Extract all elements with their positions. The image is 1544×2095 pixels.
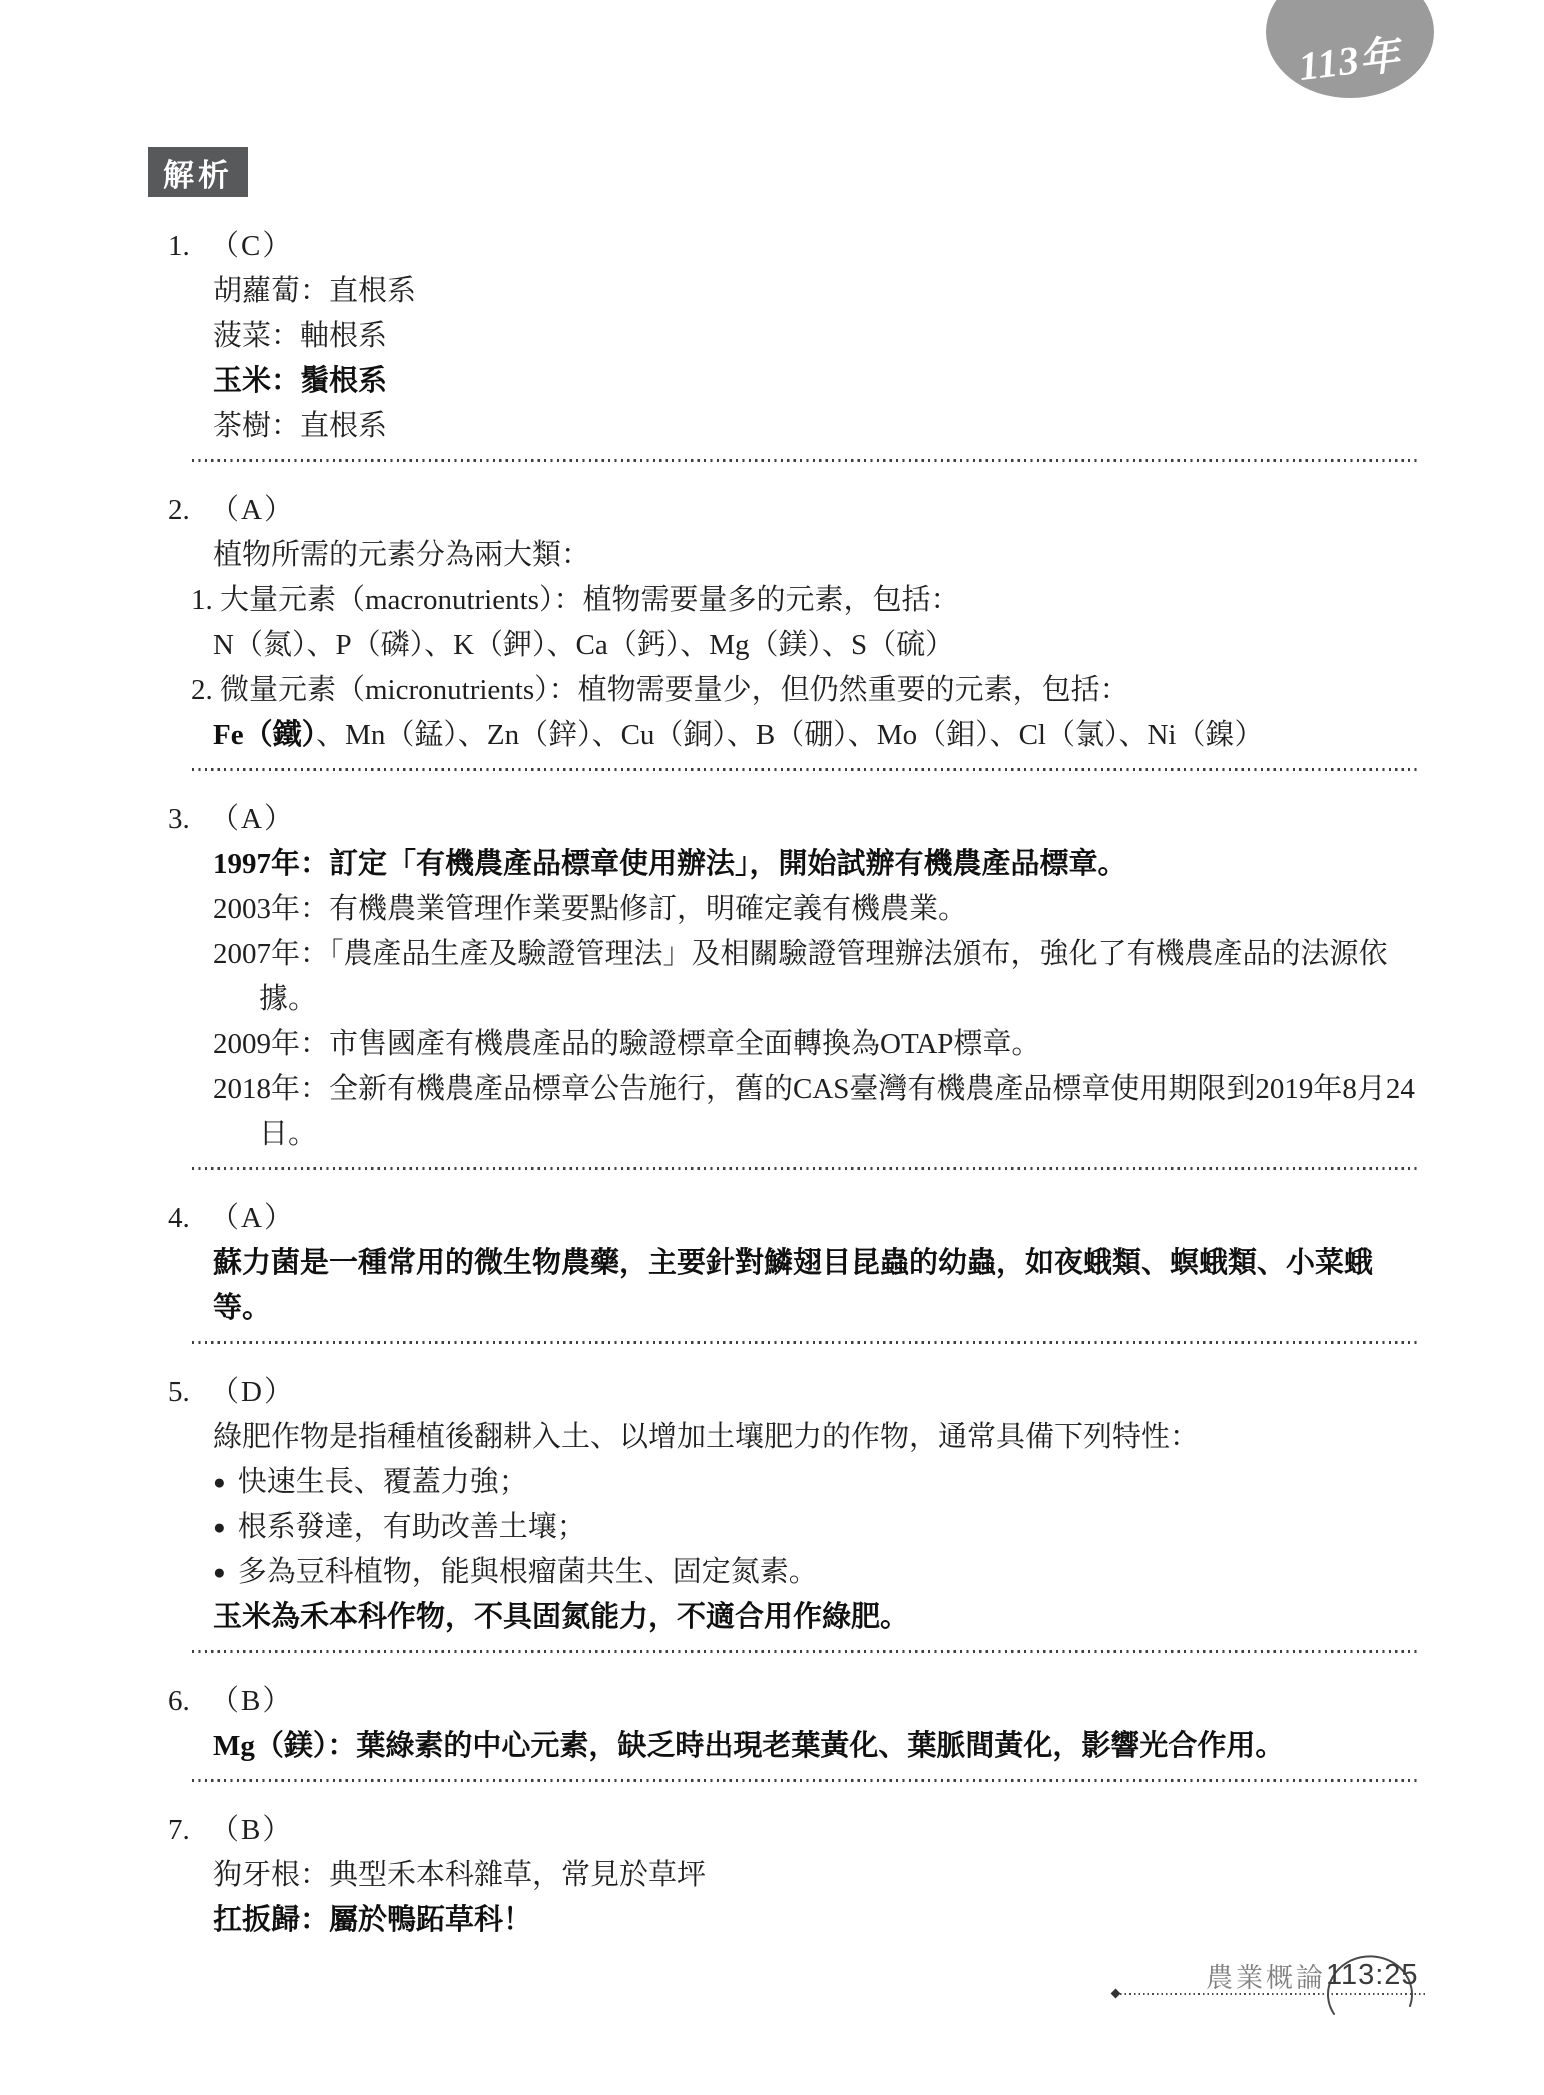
- text-segment: 菠菜：軸根系: [213, 320, 387, 352]
- item-answer: （A）: [210, 1202, 295, 1234]
- answer-item: 7.（B）狗牙根：典型禾本科雜草，常見於草坪扛扳歸：屬於鴨跖草科！: [168, 1808, 1420, 1943]
- text-line: Mg（鎂）：葉綠素的中心元素，缺乏時出現老葉黃化、葉脈間黃化，影響光合作用。: [213, 1724, 1420, 1769]
- dotted-divider: [192, 1167, 1420, 1170]
- answer-item: 1.（C）胡蘿蔔：直根系菠菜：軸根系玉米：鬚根系茶樹：直根系: [168, 224, 1420, 449]
- answer-head: 2.（A）: [168, 488, 1420, 533]
- item-number: 5.: [168, 1370, 210, 1415]
- text-segment: 多為豆科植物，能與根瘤菌共生、固定氮素。: [238, 1556, 818, 1588]
- answer-head: 7.（B）: [168, 1808, 1420, 1853]
- text-segment: 綠肥作物是指種植後翻耕入土、以增加土壤肥力的作物，通常具備下列特性：: [213, 1421, 1199, 1453]
- page-footer: 農業概論 113:25: [1104, 1950, 1440, 2036]
- text-segment: 植物所需的元素分為兩大類：: [213, 539, 590, 571]
- item-number: 2.: [168, 488, 210, 533]
- bullet-icon: ●: [213, 1460, 226, 1505]
- text-segment: Fe（鐵）: [213, 719, 316, 751]
- text-line: Fe（鐵）、Mn（錳）、Zn（鋅）、Cu（銅）、B（硼）、Mo（鉬）、Cl（氯）…: [213, 713, 1420, 758]
- text-line: 2003年：有機農業管理作業要點修訂，明確定義有機農業。: [213, 887, 1420, 932]
- item-number: 4.: [168, 1196, 210, 1241]
- text-segment: N（氮）、P（磷）、K（鉀）、Ca（鈣）、Mg（鎂）、S（硫）: [213, 629, 954, 661]
- answer-head: 4.（A）: [168, 1196, 1420, 1241]
- item-number: 3.: [168, 797, 210, 842]
- text-line: 2018年：全新有機農產品標章公告施行，舊的CAS臺灣有機農產品標章使用期限到2…: [213, 1067, 1420, 1157]
- text-segment: 扛扳歸：屬於鴨跖草科！: [213, 1904, 532, 1936]
- dotted-divider: [192, 459, 1420, 462]
- item-answer: （D）: [210, 1376, 295, 1408]
- year-badge-label: 113年: [1295, 23, 1404, 104]
- answer-item: 5.（D）綠肥作物是指種植後翻耕入土、以增加土壤肥力的作物，通常具備下列特性：●…: [168, 1370, 1420, 1640]
- text-line: 植物所需的元素分為兩大類：: [213, 533, 1420, 578]
- text-segment: 2. 微量元素（micronutrients）：植物需要量少，但仍然重要的元素，…: [191, 674, 1129, 706]
- text-line: ●根系發達，有助改善土壤；: [213, 1505, 1420, 1550]
- text-line: 玉米：鬚根系: [213, 359, 1420, 404]
- answer-head: 1.（C）: [168, 224, 1420, 269]
- text-line: 玉米為禾本科作物，不具固氮能力，不適合用作綠肥。: [213, 1595, 1420, 1640]
- dotted-divider: [192, 1779, 1420, 1782]
- answer-head: 6.（B）: [168, 1679, 1420, 1724]
- text-line: 2009年：市售國產有機農產品的驗證標章全面轉換為OTAP標章。: [213, 1022, 1420, 1067]
- item-answer: （B）: [210, 1685, 293, 1717]
- text-segment: 2003年：有機農業管理作業要點修訂，明確定義有機農業。: [213, 893, 967, 925]
- text-segment: 2018年：全新有機農產品標章公告施行，舊的CAS臺灣有機農產品標章使用期限到2…: [213, 1073, 1415, 1150]
- dotted-divider: [192, 1341, 1420, 1344]
- dotted-divider: [192, 1650, 1420, 1653]
- item-number: 1.: [168, 224, 210, 269]
- text-segment: 玉米為禾本科作物，不具固氮能力，不適合用作綠肥。: [213, 1601, 909, 1633]
- text-line: ●快速生長、覆蓋力強；: [213, 1460, 1420, 1505]
- page-number: 113:25: [1326, 1959, 1414, 1992]
- text-line: ●多為豆科植物，能與根瘤菌共生、固定氮素。: [213, 1550, 1420, 1595]
- section-header-label: 解析: [163, 150, 233, 195]
- text-segment: 2009年：市售國產有機農產品的驗證標章全面轉換為OTAP標章。: [213, 1028, 1040, 1060]
- item-number: 6.: [168, 1679, 210, 1724]
- answer-item: 3.（A）1997年：訂定「有機農產品標章使用辦法」，開始試辦有機農產品標章。2…: [168, 797, 1420, 1157]
- answer-items: 1.（C）胡蘿蔔：直根系菠菜：軸根系玉米：鬚根系茶樹：直根系2.（A）植物所需的…: [168, 224, 1420, 1943]
- text-line: 茶樹：直根系: [213, 404, 1420, 449]
- answer-head: 5.（D）: [168, 1370, 1420, 1415]
- text-line: 扛扳歸：屬於鴨跖草科！: [213, 1898, 1420, 1943]
- book-title: 農業概論: [1206, 1956, 1326, 1995]
- bullet-icon: ●: [213, 1550, 226, 1595]
- text-segment: 、Mn（錳）、Zn（鋅）、Cu（銅）、B（硼）、Mo（鉬）、Cl（氯）、Ni（鎳…: [316, 719, 1263, 751]
- text-segment: 2007年：「農產品生產及驗證管理法」及相關驗證管理辦法頒布，強化了有機農產品的…: [213, 938, 1388, 1015]
- text-segment: 1997年：訂定「有機農產品標章使用辦法」，開始試辦有機農產品標章。: [213, 848, 1127, 880]
- text-line: 1. 大量元素（macronutrients）：植物需要量多的元素，包括：: [191, 578, 1420, 623]
- section-header: 解析: [148, 147, 248, 197]
- text-segment: 1. 大量元素（macronutrients）：植物需要量多的元素，包括：: [191, 584, 959, 616]
- text-segment: 蘇力菌是一種常用的微生物農藥，主要針對鱗翅目昆蟲的幼蟲，如夜蛾類、螟蛾類、小菜蛾…: [213, 1247, 1373, 1324]
- text-segment: 快速生長、覆蓋力強；: [238, 1466, 528, 1498]
- answer-item: 6.（B）Mg（鎂）：葉綠素的中心元素，缺乏時出現老葉黃化、葉脈間黃化，影響光合…: [168, 1679, 1420, 1769]
- text-segment: 根系發達，有助改善土壤；: [238, 1511, 586, 1543]
- bullet-icon: ●: [213, 1505, 226, 1550]
- text-segment: 胡蘿蔔：直根系: [213, 275, 416, 307]
- answer-item: 4.（A）蘇力菌是一種常用的微生物農藥，主要針對鱗翅目昆蟲的幼蟲，如夜蛾類、螟蛾…: [168, 1196, 1420, 1331]
- text-segment: 玉米：鬚根系: [213, 365, 387, 397]
- answer-head: 3.（A）: [168, 797, 1420, 842]
- text-segment: 狗牙根：典型禾本科雜草，常見於草坪: [213, 1859, 706, 1891]
- text-line: 胡蘿蔔：直根系: [213, 269, 1420, 314]
- dotted-divider: [192, 768, 1420, 771]
- text-line: 1997年：訂定「有機農產品標章使用辦法」，開始試辦有機農產品標章。: [213, 842, 1420, 887]
- item-answer: （A）: [210, 803, 295, 835]
- year-badge: 113年: [1266, 0, 1434, 98]
- text-line: 菠菜：軸根系: [213, 314, 1420, 359]
- item-number: 7.: [168, 1808, 210, 1853]
- item-answer: （C）: [210, 230, 293, 262]
- text-segment: 茶樹：直根系: [213, 410, 387, 442]
- text-segment: Mg（鎂）：葉綠素的中心元素，缺乏時出現老葉黃化、葉脈間黃化，影響光合作用。: [213, 1730, 1284, 1762]
- text-line: N（氮）、P（磷）、K（鉀）、Ca（鈣）、Mg（鎂）、S（硫）: [213, 623, 1420, 668]
- answer-item: 2.（A）植物所需的元素分為兩大類：1. 大量元素（macronutrients…: [168, 488, 1420, 758]
- text-line: 綠肥作物是指種植後翻耕入土、以增加土壤肥力的作物，通常具備下列特性：: [213, 1415, 1420, 1460]
- text-line: 蘇力菌是一種常用的微生物農藥，主要針對鱗翅目昆蟲的幼蟲，如夜蛾類、螟蛾類、小菜蛾…: [213, 1241, 1420, 1331]
- item-answer: （A）: [210, 494, 295, 526]
- text-line: 2. 微量元素（micronutrients）：植物需要量少，但仍然重要的元素，…: [191, 668, 1420, 713]
- footer-diamond-icon: [1111, 1989, 1121, 1999]
- item-answer: （B）: [210, 1814, 293, 1846]
- text-line: 2007年：「農產品生產及驗證管理法」及相關驗證管理辦法頒布，強化了有機農產品的…: [213, 932, 1420, 1022]
- text-line: 狗牙根：典型禾本科雜草，常見於草坪: [213, 1853, 1420, 1898]
